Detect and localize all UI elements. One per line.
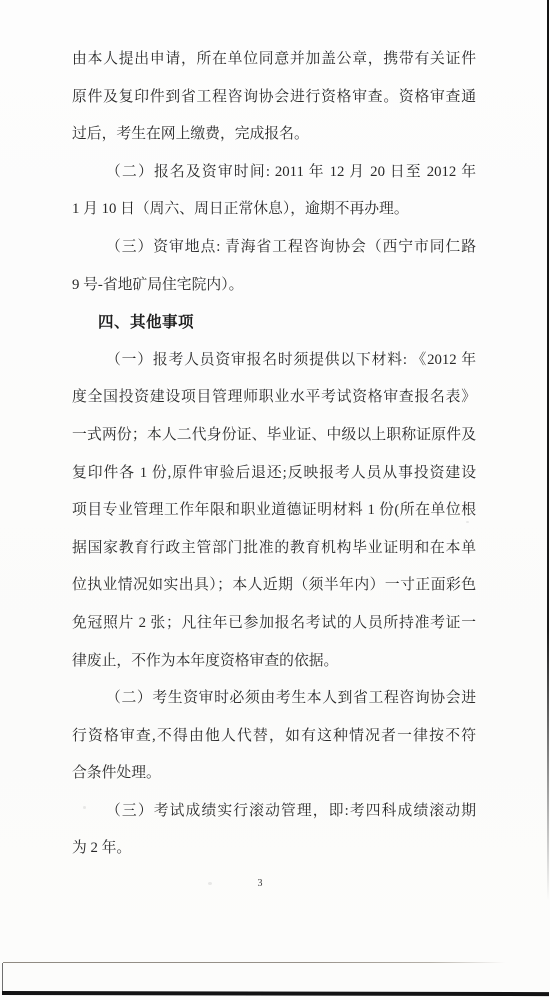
scan-speck bbox=[208, 882, 212, 885]
scan-speck bbox=[466, 521, 469, 523]
text-line: 复印件各 1 份,原件审验后退还;反映报考人员从事投资建设 bbox=[72, 455, 476, 493]
text-line: 过后，考生在网上缴费，完成报名。 bbox=[72, 116, 476, 154]
text-line: 项目专业管理工作年限和职业道德证明材料 1 份(所在单位根 bbox=[72, 492, 476, 530]
text-line: 一式两份；本人二代身份证、毕业证、中级以上职称证原件及 bbox=[72, 417, 476, 455]
page-edge-bottom-shadow bbox=[2, 991, 549, 996]
text-line: 1 月 10 日（周六、周日正常休息），逾期不再办理。 bbox=[72, 191, 476, 229]
text-line: 由本人提出申请，所在单位同意并加盖公章，携带有关证件 bbox=[72, 41, 476, 79]
scanned-document-page: 由本人提出申请，所在单位同意并加盖公章，携带有关证件 原件及复印件到省工程咨询协… bbox=[0, 0, 550, 1000]
scan-speck bbox=[83, 806, 86, 809]
text-line: 合条件处理。 bbox=[72, 755, 476, 793]
page-edge-right-shadow bbox=[547, 0, 549, 900]
text-line: （一）报考人员资审报名时须提供以下材料: 《2012 年 bbox=[72, 342, 476, 380]
text-line: 免冠照片 2 张；凡往年已参加报名考试的人员所持准考证一 bbox=[72, 605, 476, 643]
text-line: （三）考试成绩实行滚动管理，即:考四科成绩滚动期 bbox=[72, 793, 476, 831]
footer-rule-line bbox=[3, 962, 505, 963]
text-line: 为 2 年。 bbox=[72, 830, 476, 868]
text-line: 行资格审查,不得由他人代替，如有这种情况者一律按不符 bbox=[72, 718, 476, 756]
text-line: 据国家教育行政主管部门批准的教育机构毕业证明和在本单 bbox=[72, 530, 476, 568]
text-line: 律废止，不作为本年度资格审查的依据。 bbox=[72, 643, 476, 681]
text-line: （二）考生资审时必须由考生本人到省工程咨询协会进 bbox=[72, 680, 476, 718]
text-line: （二）报名及资审时间: 2011 年 12 月 20 日至 2012 年 bbox=[72, 154, 476, 192]
section-heading: 四、其他事项 bbox=[72, 304, 476, 342]
text-line: 度全国投资建设项目管理师职业水平考试资格审查报名表》 bbox=[72, 379, 476, 417]
text-line: 原件及复印件到省工程咨询协会进行资格审查。资格审查通 bbox=[72, 79, 476, 117]
page-edge-bottom-left bbox=[2, 963, 3, 994]
page-number: 3 bbox=[252, 878, 268, 889]
text-line: 位执业情况如实出具）；本人近期（须半年内）一寸正面彩色 bbox=[72, 567, 476, 605]
text-line: （三）资审地点: 青海省工程咨询协会（西宁市同仁路 bbox=[72, 229, 476, 267]
document-text: 由本人提出申请，所在单位同意并加盖公章，携带有关证件 原件及复印件到省工程咨询协… bbox=[72, 41, 476, 868]
text-line: 9 号-省地矿局住宅院内）。 bbox=[72, 267, 476, 305]
